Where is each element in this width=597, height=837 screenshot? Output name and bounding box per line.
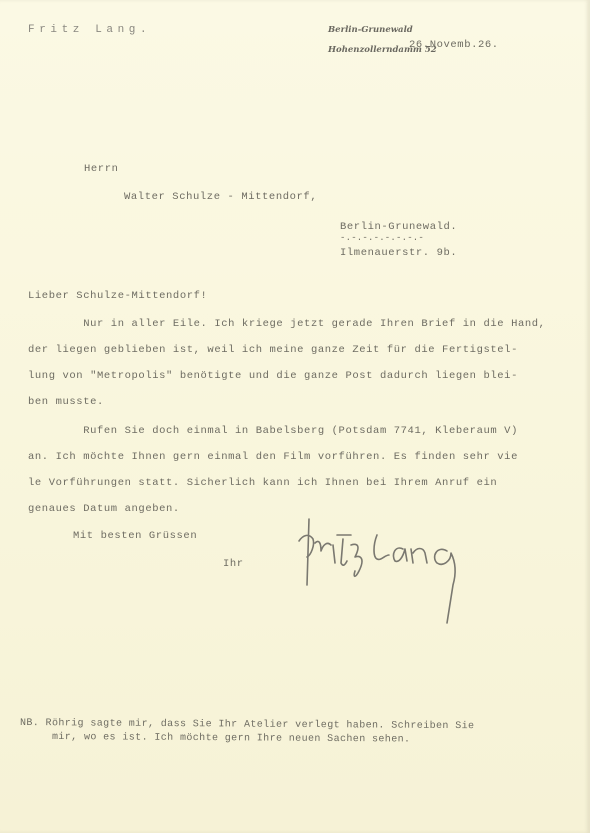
postscript-line: mir, wo es ist. Ich möchte gern Ihre neu… — [52, 732, 411, 746]
recipient-street: Ilmenauerstr. 9b. — [340, 247, 457, 259]
body-line: Nur in aller Eile. Ich kriege jetzt gera… — [28, 318, 546, 330]
recipient-city: Berlin-Grunewald. — [340, 221, 457, 233]
handwritten-signature — [285, 505, 485, 625]
body-line: Rufen Sie doch einmal in Babelsberg (Pot… — [28, 425, 518, 437]
recipient-name: Walter Schulze - Mittendorf, — [124, 191, 317, 203]
postscript-line: NB. Röhrig sagte mir, dass Sie Ihr Ateli… — [20, 718, 475, 732]
body-line: der liegen geblieben ist, weil ich meine… — [28, 344, 518, 356]
sender-name: Fritz Lang. — [28, 24, 151, 36]
recipient-title: Herrn — [84, 163, 119, 175]
paper-edge-bottom — [0, 833, 597, 837]
address-underline: -.-.-.-.-.-.-.- — [340, 233, 424, 243]
closing-ihr: Ihr — [223, 558, 244, 570]
closing-phrase: Mit besten Grüssen — [73, 530, 197, 542]
paper-edge-right — [590, 0, 597, 837]
body-line: le Vorführungen statt. Sicherlich kann i… — [28, 477, 497, 489]
letter-greeting: Lieber Schulze-Mittendorf! — [28, 290, 207, 302]
body-line: an. Ich möchte Ihnen gern einmal den Fil… — [28, 451, 518, 463]
letter-paper: Fritz Lang. Berlin-Grunewald Hohenzoller… — [0, 0, 590, 833]
body-line: genaues Datum angeben. — [28, 503, 180, 515]
body-line: ben musste. — [28, 396, 104, 408]
letterhead-city: Berlin-Grunewald — [328, 25, 413, 35]
letter-date: 26.Novemb.26. — [409, 39, 499, 51]
body-line: lung von "Metropolis" benötigte und die … — [28, 370, 518, 382]
